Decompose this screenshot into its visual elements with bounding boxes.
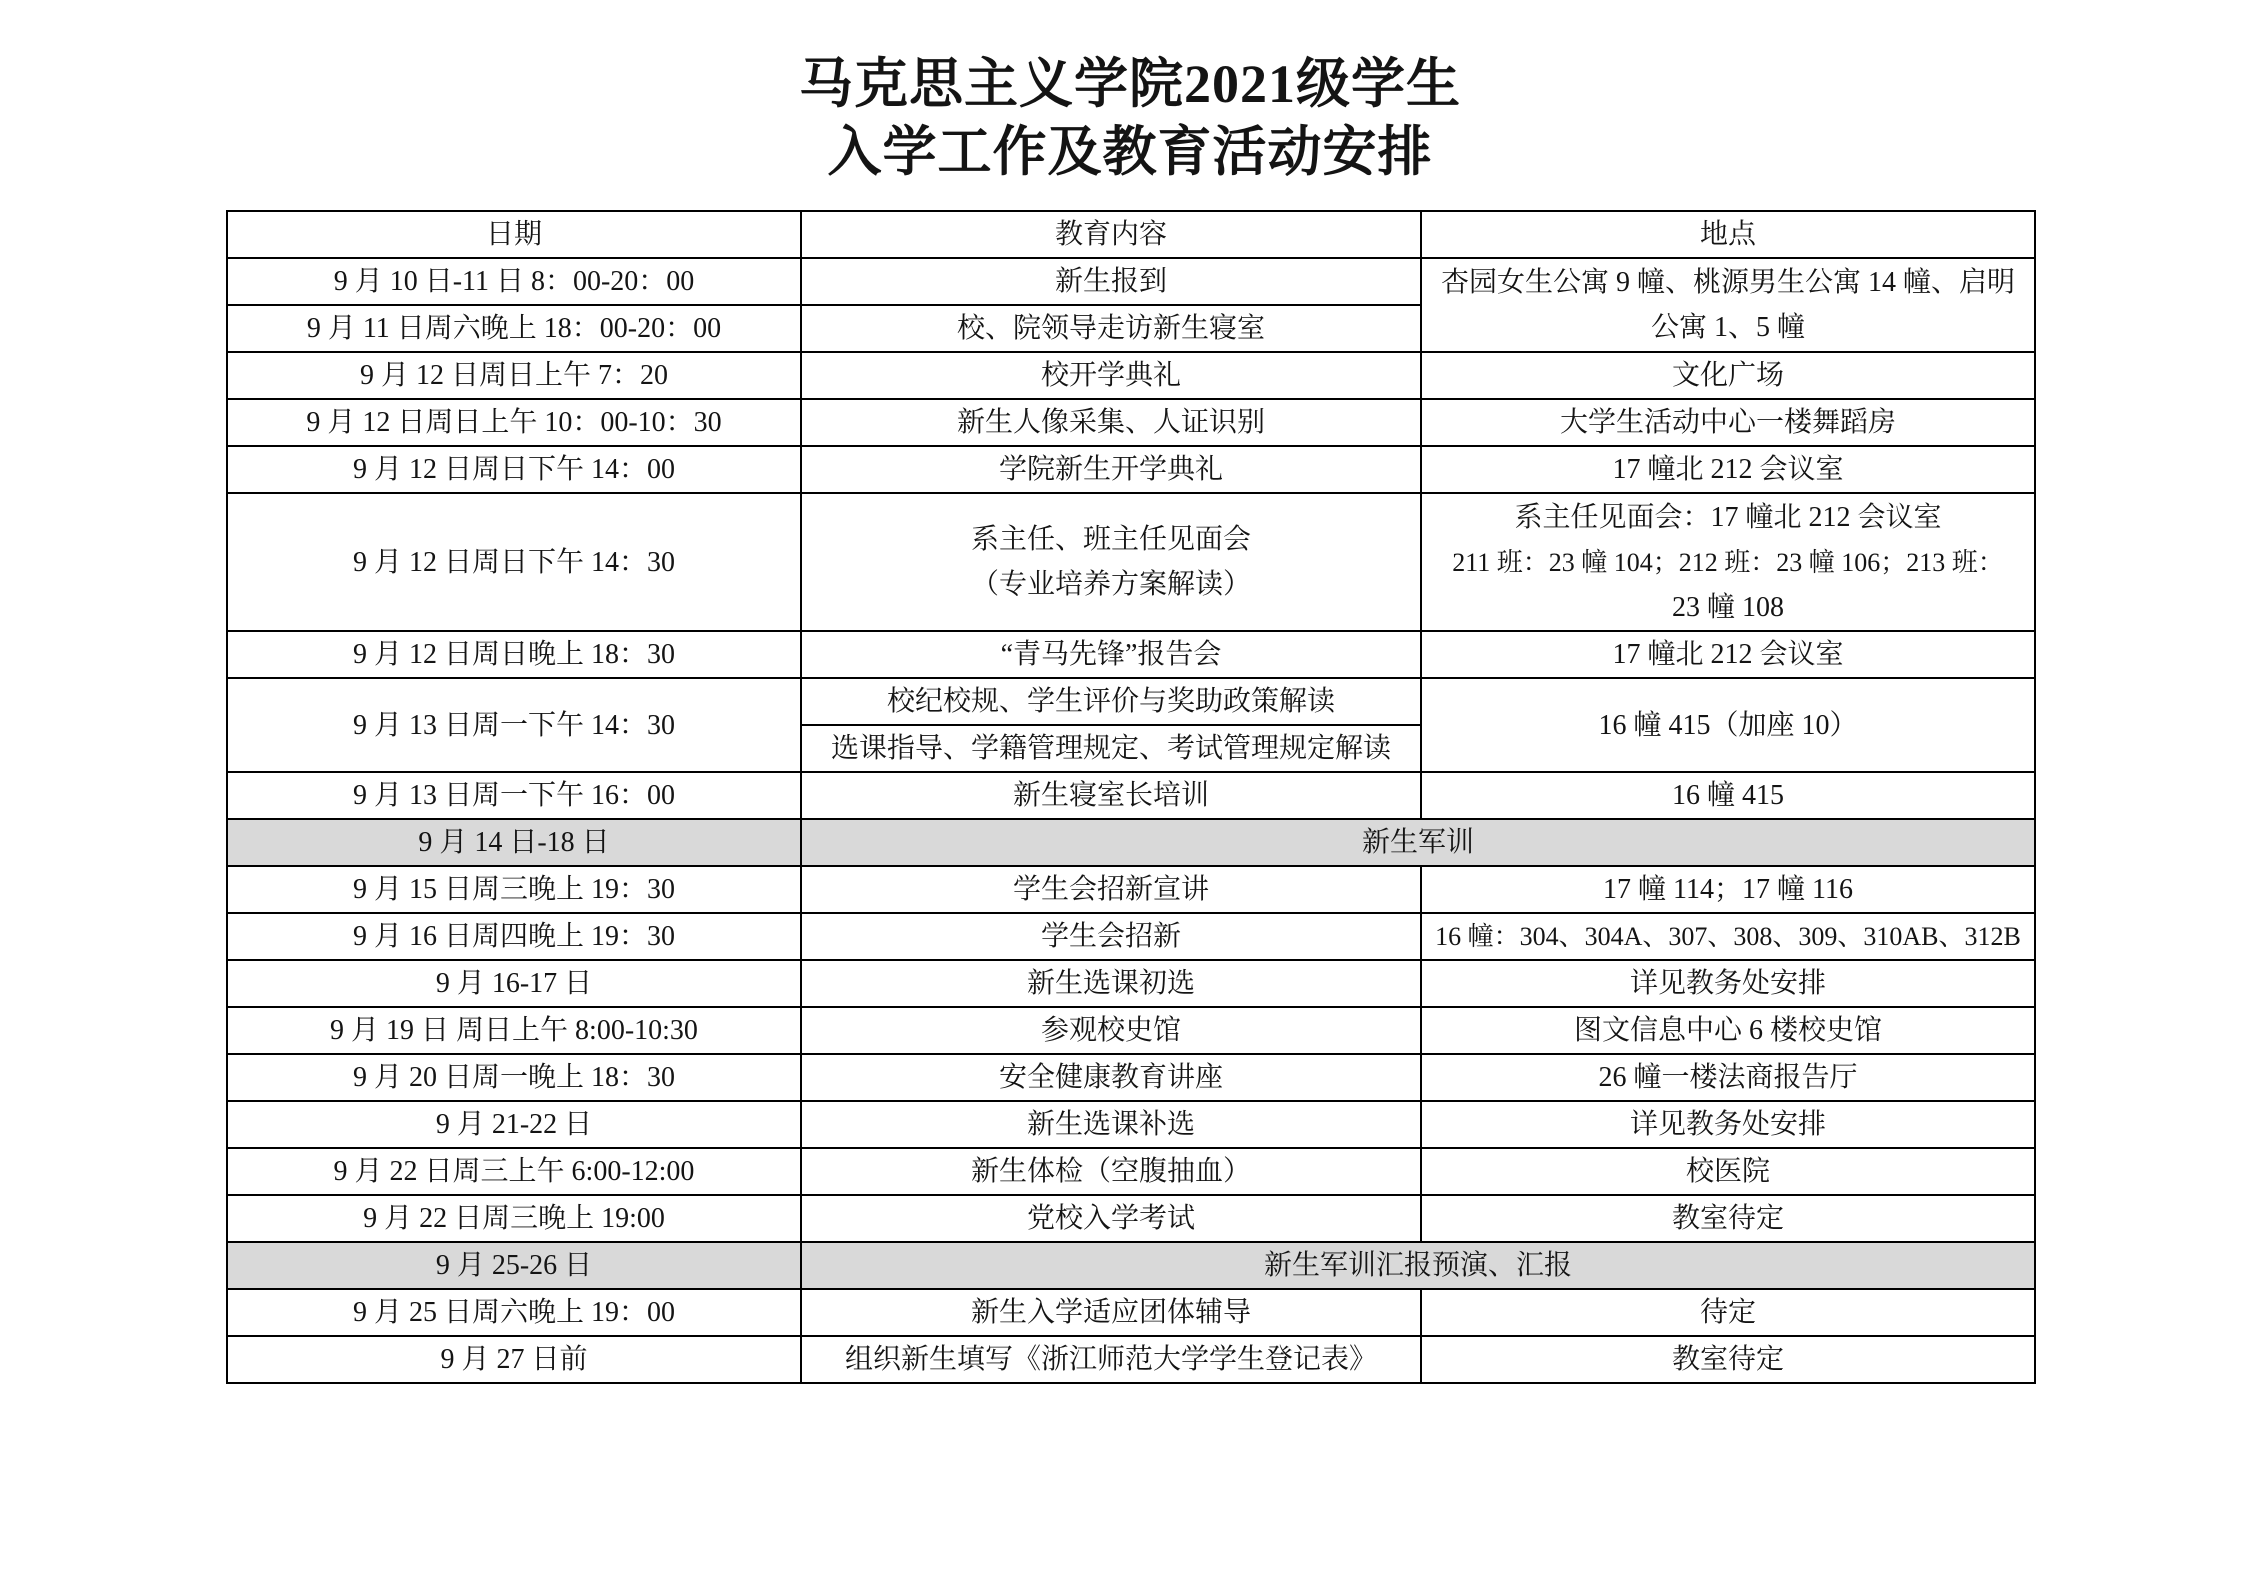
date-cell: 9 月 12 日周日下午 14：30 [227, 493, 801, 631]
location-line: 16 幢：304、304A、307、308、309、310AB、312B [1424, 914, 2032, 959]
date-cell: 9 月 21-22 日 [227, 1101, 801, 1148]
activity-cell: “青马先锋”报告会 [801, 631, 1421, 678]
date-cell: 9 月 10 日-11 日 8：00-20：00 [227, 258, 801, 305]
location-cell: 26 幢一楼法商报告厅 [1421, 1054, 2035, 1101]
document-title-line1: 马克思主义学院2021级学生 [226, 50, 2034, 118]
location-cell: 17 幢北 212 会议室 [1421, 446, 2035, 493]
location-cell: 详见教务处安排 [1421, 1101, 2035, 1148]
table-row-physical-exam: 9 月 22 日周三上午 6:00-12:00 新生体检（空腹抽血） 校医院 [227, 1148, 2035, 1195]
location-cell: 详见教务处安排 [1421, 960, 2035, 1007]
schedule-table: 日期 教育内容 地点 9 月 10 日-11 日 8：00-20：00 新生报到… [226, 210, 2036, 1384]
activity-cell: 党校入学考试 [801, 1195, 1421, 1242]
date-cell: 9 月 13 日周一下午 16：00 [227, 772, 801, 819]
highlight-row-military-report: 9 月 25-26 日 新生军训汇报预演、汇报 [227, 1242, 2035, 1289]
location-line: 系主任见面会：17 幢北 212 会议室 [1424, 495, 2032, 540]
date-cell: 9 月 19 日 周日上午 8:00-10:30 [227, 1007, 801, 1054]
activity-cell: 学院新生开学典礼 [801, 446, 1421, 493]
activity-cell: 新生报到 [801, 258, 1421, 305]
table-row-adaptation-counseling: 9 月 25 日周六晚上 19：00 新生入学适应团体辅导 待定 [227, 1289, 2035, 1336]
date-cell: 9 月 27 日前 [227, 1336, 801, 1383]
activity-cell: 系主任、班主任见面会 （专业培养方案解读） [801, 493, 1421, 631]
location-cell: 系主任见面会：17 幢北 212 会议室 211 班：23 幢 104；212 … [1421, 493, 2035, 631]
table-row-history-museum: 9 月 19 日 周日上午 8:00-10:30 参观校史馆 图文信息中心 6 … [227, 1007, 2035, 1054]
location-line: 211 班：23 幢 104；212 班：23 幢 106；213 班： [1424, 540, 2032, 585]
date-cell: 9 月 25 日周六晚上 19：00 [227, 1289, 801, 1336]
table-row-course-initial: 9 月 16-17 日 新生选课初选 详见教务处安排 [227, 960, 2035, 1007]
location-line: 23 幢 108 [1424, 585, 2032, 630]
location-cell: 杏园女生公寓 9 幢、桃源男生公寓 14 幢、启明 公寓 1、5 幢 [1421, 258, 2035, 352]
date-cell: 9 月 25-26 日 [227, 1242, 801, 1289]
location-line: 公寓 1、5 幢 [1424, 305, 2032, 350]
date-cell: 9 月 12 日周日上午 10：00-10：30 [227, 399, 801, 446]
location-cell: 17 幢北 212 会议室 [1421, 631, 2035, 678]
activity-cell: 参观校史馆 [801, 1007, 1421, 1054]
table-row-checkin: 9 月 10 日-11 日 8：00-20：00 新生报到 杏园女生公寓 9 幢… [227, 258, 2035, 305]
highlight-row-military-training: 9 月 14 日-18 日 新生军训 [227, 819, 2035, 866]
date-cell: 9 月 12 日周日下午 14：00 [227, 446, 801, 493]
activity-cell: 新生选课初选 [801, 960, 1421, 1007]
activity-cell: 新生入学适应团体辅导 [801, 1289, 1421, 1336]
table-row-registration-form: 9 月 27 日前 组织新生填写《浙江师范大学学生登记表》 教室待定 [227, 1336, 2035, 1383]
table-row-photo-capture: 9 月 12 日周日上午 10：00-10：30 新生人像采集、人证识别 大学生… [227, 399, 2035, 446]
table-row-union-promo: 9 月 15 日周三晚上 19：30 学生会招新宣讲 17 幢 114；17 幢… [227, 866, 2035, 913]
activity-cell: 组织新生填写《浙江师范大学学生登记表》 [801, 1336, 1421, 1383]
date-cell: 9 月 20 日周一晚上 18：30 [227, 1054, 801, 1101]
activity-cell: 校纪校规、学生评价与奖助政策解读 [801, 678, 1421, 725]
location-cell: 大学生活动中心一楼舞蹈房 [1421, 399, 2035, 446]
date-cell: 9 月 13 日周一下午 14：30 [227, 678, 801, 772]
table-row-course-makeup: 9 月 21-22 日 新生选课补选 详见教务处安排 [227, 1101, 2035, 1148]
date-cell: 9 月 16 日周四晚上 19：30 [227, 913, 801, 960]
location-cell: 图文信息中心 6 楼校史馆 [1421, 1007, 2035, 1054]
activity-line: 系主任、班主任见面会 [804, 517, 1418, 562]
column-header-location: 地点 [1421, 211, 2035, 258]
date-cell: 9 月 12 日周日上午 7：20 [227, 352, 801, 399]
table-row-college-ceremony: 9 月 12 日周日下午 14：00 学院新生开学典礼 17 幢北 212 会议… [227, 446, 2035, 493]
document-title: 马克思主义学院2021级学生 入学工作及教育活动安排 [226, 50, 2034, 186]
date-cell: 9 月 16-17 日 [227, 960, 801, 1007]
date-cell: 9 月 22 日周三晚上 19:00 [227, 1195, 801, 1242]
location-cell: 16 幢 415（加座 10） [1421, 678, 2035, 772]
date-cell: 9 月 15 日周三晚上 19：30 [227, 866, 801, 913]
location-cell: 17 幢 114；17 幢 116 [1421, 866, 2035, 913]
activity-cell: 学生会招新宣讲 [801, 866, 1421, 913]
table-row-dorm-leader-training: 9 月 13 日周一下午 16：00 新生寝室长培训 16 幢 415 [227, 772, 2035, 819]
table-row-policy-session: 9 月 13 日周一下午 14：30 校纪校规、学生评价与奖助政策解读 16 幢… [227, 678, 2035, 725]
table-row-party-exam: 9 月 22 日周三晚上 19:00 党校入学考试 教室待定 [227, 1195, 2035, 1242]
activity-cell: 新生寝室长培训 [801, 772, 1421, 819]
location-cell: 16 幢：304、304A、307、308、309、310AB、312B [1421, 913, 2035, 960]
column-header-date: 日期 [227, 211, 801, 258]
activity-cell: 新生人像采集、人证识别 [801, 399, 1421, 446]
activity-cell: 选课指导、学籍管理规定、考试管理规定解读 [801, 725, 1421, 772]
activity-cell: 新生军训汇报预演、汇报 [801, 1242, 2035, 1289]
document-page: 马克思主义学院2021级学生 入学工作及教育活动安排 日期 教育内容 地点 9 … [0, 0, 2245, 1587]
location-cell: 16 幢 415 [1421, 772, 2035, 819]
location-line: 杏园女生公寓 9 幢、桃源男生公寓 14 幢、启明 [1424, 260, 2032, 305]
location-cell: 待定 [1421, 1289, 2035, 1336]
activity-cell: 新生军训 [801, 819, 2035, 866]
location-cell: 教室待定 [1421, 1336, 2035, 1383]
table-row-dept-meeting: 9 月 12 日周日下午 14：30 系主任、班主任见面会 （专业培养方案解读）… [227, 493, 2035, 631]
location-cell: 教室待定 [1421, 1195, 2035, 1242]
activity-cell: 校、院领导走访新生寝室 [801, 305, 1421, 352]
table-row-qingma-lecture: 9 月 12 日周日晚上 18：30 “青马先锋”报告会 17 幢北 212 会… [227, 631, 2035, 678]
table-row-school-ceremony: 9 月 12 日周日上午 7：20 校开学典礼 文化广场 [227, 352, 2035, 399]
activity-cell: 校开学典礼 [801, 352, 1421, 399]
column-header-content: 教育内容 [801, 211, 1421, 258]
date-cell: 9 月 22 日周三上午 6:00-12:00 [227, 1148, 801, 1195]
document-title-line2: 入学工作及教育活动安排 [226, 118, 2034, 186]
location-cell: 文化广场 [1421, 352, 2035, 399]
date-cell: 9 月 12 日周日晚上 18：30 [227, 631, 801, 678]
date-cell: 9 月 11 日周六晚上 18：00-20：00 [227, 305, 801, 352]
activity-cell: 新生体检（空腹抽血） [801, 1148, 1421, 1195]
date-cell: 9 月 14 日-18 日 [227, 819, 801, 866]
table-header-row: 日期 教育内容 地点 [227, 211, 2035, 258]
document: 马克思主义学院2021级学生 入学工作及教育活动安排 日期 教育内容 地点 9 … [226, 50, 2034, 1384]
activity-cell: 安全健康教育讲座 [801, 1054, 1421, 1101]
activity-line: （专业培养方案解读） [804, 562, 1418, 607]
activity-cell: 学生会招新 [801, 913, 1421, 960]
table-row-safety-lecture: 9 月 20 日周一晚上 18：30 安全健康教育讲座 26 幢一楼法商报告厅 [227, 1054, 2035, 1101]
location-cell: 校医院 [1421, 1148, 2035, 1195]
table-row-union-recruit: 9 月 16 日周四晚上 19：30 学生会招新 16 幢：304、304A、3… [227, 913, 2035, 960]
activity-cell: 新生选课补选 [801, 1101, 1421, 1148]
